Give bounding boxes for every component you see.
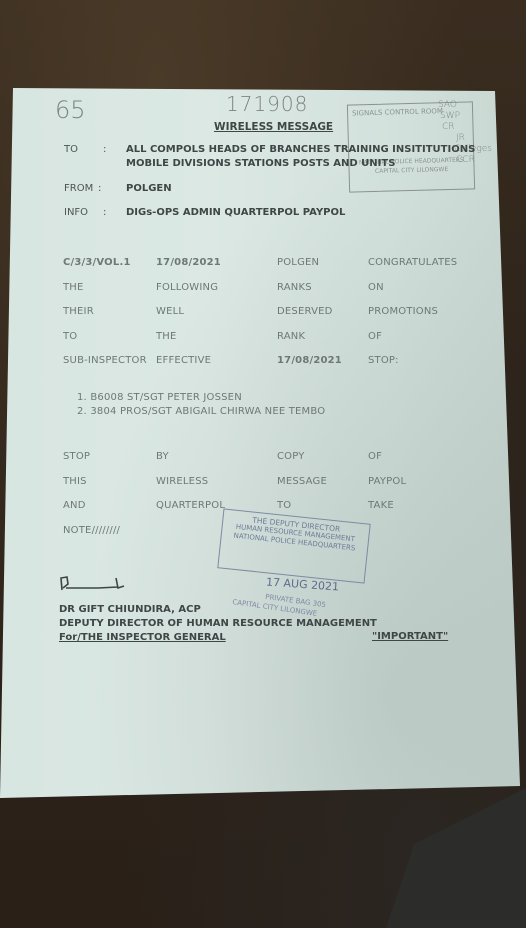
closing-grid-cell: TO <box>277 500 291 511</box>
body-grid-cell: THE <box>156 331 177 342</box>
priority-label: "IMPORTANT" <box>372 631 448 642</box>
handwritten-serial-number: 171908 <box>226 92 308 116</box>
closing-grid-cell: PAYPOL <box>368 476 406 487</box>
body-grid-cell: WELL <box>156 306 184 317</box>
closing-grid-cell: STOP <box>63 451 90 462</box>
from-label: FROM <box>64 183 93 194</box>
body-grid-cell: C/3/3/VOL.1 <box>63 257 131 268</box>
body-grid-cell: PROMOTIONS <box>368 306 438 317</box>
body-grid-cell: FOLLOWING <box>156 282 218 293</box>
closing-grid-cell: TAKE <box>368 500 394 511</box>
body-grid-cell: RANK <box>277 331 305 342</box>
signature-mark <box>58 572 130 594</box>
closing-grid-cell: MESSAGE <box>277 476 327 487</box>
closing-grid-cell: AND <box>63 500 86 511</box>
closing-grid-cell: COPY <box>277 451 305 462</box>
body-grid-cell: CONGRATULATES <box>368 257 457 268</box>
closing-grid-cell: QUARTERPOL <box>156 500 225 511</box>
deputy-director-stamp: THE DEPUTY DIRECTOR HUMAN RESOURCE MANAG… <box>217 508 370 583</box>
body-grid-cell: POLGEN <box>277 257 319 268</box>
body-grid-cell: OF <box>368 331 382 342</box>
body-grid-cell: STOP: <box>368 355 399 366</box>
signatory-name: DR GIFT CHIUNDIRA, ACP <box>59 604 201 615</box>
document-title: WIRELESS MESSAGE <box>214 121 333 133</box>
closing-grid-cell: OF <box>368 451 382 462</box>
routing-note: CCR <box>456 155 498 166</box>
wireless-message-document: 65 171908 WIRELESS MESSAGE SIGNALS CONTR… <box>0 0 526 928</box>
to-separator: : <box>103 144 106 155</box>
handwritten-routing-notes: SAO SWP CR JR Colleges CCR <box>438 100 498 166</box>
routing-note: CR <box>442 122 498 133</box>
promotion-item-2: 2. 3804 PROS/SGT ABIGAIL CHIRWA NEE TEMB… <box>77 406 325 417</box>
to-value-line-1: ALL COMPOLS HEADS OF BRANCHES TRAINING I… <box>126 144 475 155</box>
from-value: POLGEN <box>126 183 172 194</box>
signatory-for-line: For/THE INSPECTOR GENERAL <box>59 632 226 643</box>
routing-note: JR <box>456 133 498 144</box>
body-grid-cell: EFFECTIVE <box>156 355 211 366</box>
body-grid-cell: THEIR <box>63 306 94 317</box>
body-grid-cell: DESERVED <box>277 306 333 317</box>
closing-grid-cell: NOTE//////// <box>63 525 120 536</box>
closing-grid-cell: WIRELESS <box>156 476 208 487</box>
handwritten-page-number: 65 <box>55 96 86 124</box>
info-value: DIGs-OPS ADMIN QUARTERPOL PAYPOL <box>126 207 345 218</box>
closing-grid-cell: BY <box>156 451 169 462</box>
body-grid-cell: TO <box>63 331 77 342</box>
signatory-title: DEPUTY DIRECTOR OF HUMAN RESOURCE MANAGE… <box>59 618 377 629</box>
closing-grid-cell: THIS <box>63 476 87 487</box>
promotion-item-1: 1. B6008 ST/SGT PETER JOSSEN <box>77 392 242 403</box>
body-grid-cell: THE <box>63 282 84 293</box>
info-separator: : <box>103 207 106 218</box>
body-grid-cell: 17/08/2021 <box>277 355 342 366</box>
routing-note: SAO <box>438 100 498 111</box>
routing-note: SWP <box>440 111 498 122</box>
to-value-line-2: MOBILE DIVISIONS STATIONS POSTS AND UNIT… <box>126 158 395 169</box>
body-grid-cell: RANKS <box>277 282 312 293</box>
body-grid-cell: ON <box>368 282 384 293</box>
from-separator: : <box>98 183 101 194</box>
info-label: INFO <box>64 207 88 218</box>
body-grid-cell: 17/08/2021 <box>156 257 221 268</box>
body-grid-cell: SUB-INSPECTOR <box>63 355 147 366</box>
to-label: TO <box>64 144 78 155</box>
